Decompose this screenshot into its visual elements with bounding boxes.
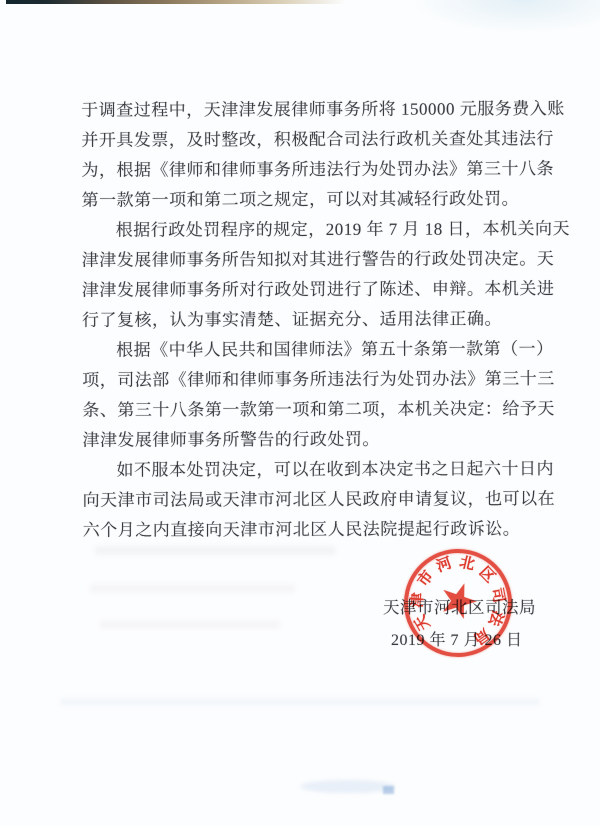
body-text-line: 如不服本处罚决定，可以在收到本决定书之日起六十日内 [82,454,542,486]
scan-artifact-bleedthrough [95,546,335,555]
body-text-line: 六个月之内直接向天津市河北区人民法院提起行政诉讼。 [83,514,543,546]
seal-ring-char: 司 [487,585,508,606]
scan-artifact-top-right-tint [410,0,600,34]
body-text-line: 并开具发票，及时整改，积极配合司法行政机关查处其违法行 [81,124,541,156]
scan-artifact-top-edge [6,0,346,4]
scan-artifact-bleedthrough [383,786,394,794]
body-text-line: 第一款第一项和第二项之规定，可以对其减轻行政处罚。 [82,184,542,216]
body-text-line: 津津发展律师事务所警告的行政处罚。 [82,424,542,456]
body-text-line: 根据行政处罚程序的规定，2019 年 7 月 18 日，本机关向天 [82,214,542,246]
body-text: 于调查过程中，天津津发展律师事务所将 150000 元服务费入账 并开具发票，及… [81,94,543,546]
body-text-line: 于调查过程中，天津津发展律师事务所将 150000 元服务费入账 [81,94,541,126]
body-text-line: 向天津市司法局或天津市河北区人民政府申请复议，也可以在 [83,484,543,516]
document-page: 于调查过程中，天津津发展律师事务所将 150000 元服务费入账 并开具发票，及… [0,0,600,826]
scan-artifact-bleedthrough [100,620,280,629]
seal-ring-char: 津 [408,591,427,610]
body-text-line: 行了复核，认为事实清楚、证据充分、适用法律正确。 [82,304,542,336]
body-text-line: 津津发展律师事务所对行政处罚进行了陈述、申辩。本机关进 [82,274,542,306]
body-text-line: 根据《中华人民共和国律师法》第五十条第一款第（一） [82,334,542,366]
body-text-line: 项，司法部《律师和律师事务所违法行为处罚办法》第三十三 [82,364,542,396]
body-text-line: 为，根据《律师和律师事务所违法行为处罚办法》第三十八条 [81,154,541,186]
body-text-line: 津津发展律师事务所告知拟对其进行警告的行政处罚决定。天 [82,244,542,276]
scan-artifact-bleedthrough [60,698,540,706]
scan-artifact-bleedthrough [300,780,395,793]
body-text-line: 条、第三十八条第一款第一项和第二项，本机关决定：给予天 [82,394,542,426]
scan-artifact-bleedthrough [90,584,295,593]
